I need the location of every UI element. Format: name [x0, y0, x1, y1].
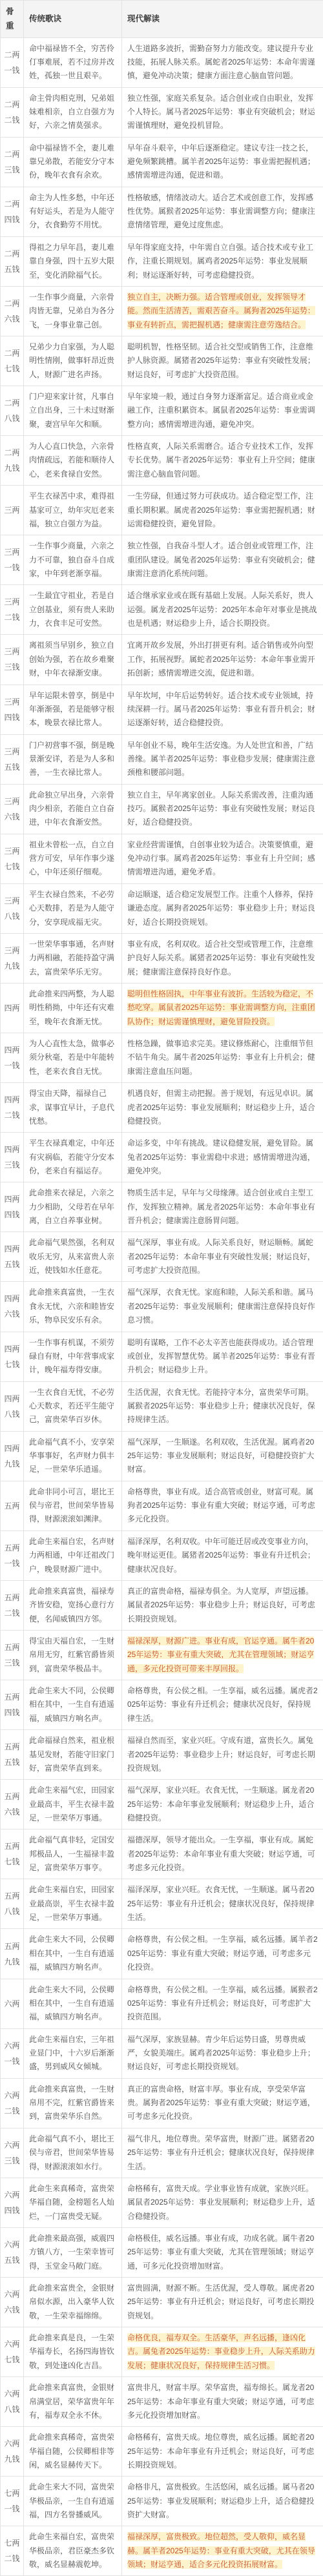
table-row: 三两七钱 祖业未曾松一点，自立自营方可安，早年作事少遂心，中年还须仔细观。 家业…: [1, 834, 323, 883]
traditional-verse-cell: 此命生来福自宏，三年祖业显门中，十六岁后渐渐盛，男到威风女倾城。: [24, 2028, 122, 2078]
table-row: 四两九钱 此命福气真不小，安享荣华事事好，名声财力俱丰足，一世荣华乐逍遥。 福气…: [1, 1431, 323, 1481]
modern-interpretation-text: 聪明有谋略，工作不必太辛苦也能获得成功。适合管理或创业，发挥智慧优势。属羊者20…: [127, 1338, 315, 1375]
table-row: 六两二钱 此命推来真富贵，一生财帛用不完，红紫官爵皆来到，富贵荣华乐自然。 真正…: [1, 2078, 323, 2128]
modern-interpretation-cell: 性格敏感，情绪波动大。适合艺术或创意工作，发挥感性优势。属猴者2025年运势：事…: [122, 187, 323, 236]
modern-interpretation-cell: 命格稀有，富贵天成。地位尊贵，威名远播。属蛇者2025年运势：本命年事业有升迁机…: [122, 2427, 323, 2477]
traditional-verse-cell: 为人心直口快急，六亲骨肉情疏远，若能和顺待人心，老来食禄自安然。: [24, 436, 122, 486]
bone-weight-cell: 六两九钱: [1, 2427, 24, 2477]
modern-interpretation-text: 家业经营需谨慎，自创事业较为适合。决策要慎重，避免冲动行事。属鸡者2025年运势…: [127, 840, 315, 877]
table-row: 五两 此命非同小可言，堪比王侯与帝君，世间荣华皆易得，财源滚滚如渊津。 命格尊贵…: [1, 1481, 323, 1530]
table-row: 五两七钱 此命福气真非轻，定国安邦极品人，一生福禄丰盈足，富贵荣华万事亨。 福德…: [1, 1829, 323, 1879]
traditional-verse-cell: 此命独立早出身，六亲骨肉少相亲，若能自立自奋进，中年衣食渐安然。: [24, 784, 122, 834]
traditional-verse-cell: 此命福气真非轻，定国安邦极品人，一生福禄丰盈足，富贵荣华万事亨。: [24, 1829, 122, 1879]
table-row: 五两五钱 此命福禄自然来，祖业根基见发财，若能守旧家门好，富贵荣华直到来。 福禄…: [1, 1730, 323, 1780]
table-row: 二两八钱 门户迎来家计贫，凡事自立自出身，三十未过财渐聚，妻宫早年欠和顺。 早年…: [1, 386, 323, 436]
modern-interpretation-cell: 早年创业不易，晚年生活安逸。为人处世宜和善，广结善缘。属羊者2025年运势：事业…: [122, 734, 323, 784]
bone-weight-cell: 四两八钱: [1, 1381, 24, 1431]
modern-interpretation-cell: 富贵非凡，财富丰厚。荣华富贵，福寿绵长。属龙者2025年运势：本命年事业有重大突…: [122, 2377, 323, 2427]
table-row: 二两九钱 为人心直口快急，六亲骨肉情疏远，若能和顺待人心，老来食禄自安然。 性格…: [1, 436, 323, 486]
modern-interpretation-cell: 独立性强，家庭关系复杂。适合创业或自由职业，发挥个人特长。属马者2025年运势：…: [122, 87, 323, 137]
bone-weight-cell: 五两三钱: [1, 1631, 24, 1680]
bone-weight-cell: 五两八钱: [1, 1879, 24, 1929]
traditional-verse-cell: 一世荣华事事通，名声财力两相融，若能持盈守满去，富贵荣华乐无穷。: [24, 933, 122, 983]
modern-interpretation-text: 聪明但性格固执，中年事业有波折。生活较为稳定，不愁吃穿。属鼠者2025年运势：事…: [127, 989, 315, 1026]
bone-weight-cell: 二两二钱: [1, 87, 24, 137]
modern-interpretation-cell: 福气深厚，一生顺遂。名利双收，生活优渥。属鸡者2025年运势：事业发展顺利；财运…: [122, 1431, 323, 1481]
modern-interpretation-cell: 独立自主，决断力强。适合管理或创业，发挥领导才能。然而生活清苦，需艰苦奋斗。属狗…: [122, 286, 323, 336]
modern-interpretation-cell: 宜离开故乡发展，外出打拼更有利。适合销售或外向型工作，拓展视野。属蛇者2025年…: [122, 635, 323, 685]
traditional-verse-cell: 一生衣食自无忧，不必劳心天数求，若还平生能守己，富贵荣华百岁休。: [24, 1381, 122, 1431]
table-row: 四两三钱 平生衣禄真难定，中年还有灾祸临，若能守分安本份，老来自有福运存。 命运…: [1, 1133, 323, 1182]
modern-interpretation-cell: 命格尊贵，有公侯之相。一生享福，威名远播。属虎者2025年运势：事业有升迁机会；…: [122, 1680, 323, 1730]
bone-weight-cell: 六两八钱: [1, 2377, 24, 2427]
modern-interpretation-text: 命格极佳，威名远播。事业有成，功成名就。属牛者2025年运势：事业有重大突破，尤…: [127, 2234, 314, 2271]
bone-weight-cell: 六两六钱: [1, 2278, 24, 2327]
table-row: 四两七钱 一生作事有机谋，不须劳碌自有财，中年营事成家计，晚年福寿得安康。 聪明…: [1, 1332, 323, 1381]
modern-interpretation-cell: 机遇良好，但需主动把握。善于规划，有远见卓识。属虎者2025年运势：事业发展顺利…: [122, 1083, 323, 1133]
table-row: 五两二钱 此命推来真富贵，福禄寿齐皆安稳，宽扬心意行方便，名闻威镇四方邻。 真正…: [1, 1580, 323, 1630]
traditional-verse-cell: 此命推来最高强，威震四方镇八方，一生荣幸皆可得，玉堂金马敞门庭。: [24, 2227, 122, 2277]
table-row: 三两六钱 此命独立早出身，六亲骨肉少相亲，若能自立自奋进，中年衣食渐安然。 独立…: [1, 784, 323, 834]
modern-interpretation-cell: 真正的富贵命格，财富丰厚。事业有成，享受荣华富贵。属狗者2025年运势：事业有重…: [122, 2078, 323, 2128]
table-row: 六两四钱 此命生来真稀奇，富贵荣华福自随，金榜题名人灿烂，一门富贵受无疑。 命格…: [1, 2178, 323, 2227]
modern-interpretation-text: 福泽深厚，名利双收。中年可能迁居或改变事业方向，晚年财运更佳。属猪者2025年运…: [127, 1537, 315, 1574]
bone-weight-cell: 四两一钱: [1, 1033, 24, 1083]
modern-interpretation-text: 真正的富贵命格，福禄寿俱全。为人宽厚，声望远播。属鼠者2025年运势：事业稳步上…: [127, 1587, 315, 1623]
bone-weight-cell: 二两三钱: [1, 137, 24, 187]
bone-weight-cell: 二两九钱: [1, 436, 24, 486]
bone-weight-cell: 六两三钱: [1, 2128, 24, 2178]
table-row: 六两七钱 此命推来真是良，一生荣华福寿长，名扬四海皆钦敬，到处逢凶化吉昌。 命格…: [1, 2327, 323, 2377]
bone-weight-cell: 三两三钱: [1, 635, 24, 685]
table-row: 三两 平生衣禄苦中求，难得祖基家可立，幼年灾厄老来福，独立自强方为益。 一生劳碌…: [1, 486, 323, 535]
modern-interpretation-text: 福气深厚，家业兴旺。衣食无忧，一生顺遂。属龙者2025年运势：本命年事业发展顺利…: [127, 1786, 314, 1822]
bone-weight-cell: 三两: [1, 486, 24, 535]
traditional-verse-cell: 此命生来福气宏，田园家业最高丰，平生衣禄丰盈足，一世荣华万事通。: [24, 1780, 122, 1829]
table-row: 三两一钱 一生作事少商量，六亲之力不可靠，独自奋斗自成家，中年到老渐享福。 独立…: [1, 535, 323, 585]
table-row: 二两二钱 命主骨肉相克刑，兄弟姐妹难相亲，自立自强方为好，六亲之情莫强求。 独立…: [1, 87, 323, 137]
modern-interpretation-text: 福气深厚，衣食无忧。家庭和睦，人际关系和谐。属马者2025年运势：事业发展顺利；…: [127, 1288, 315, 1324]
modern-interpretation-text: 性格直爽，人际关系需磨合。适合专业技术工作，发挥专长优势。属牛者2025年运势：…: [127, 442, 315, 479]
bone-weight-cell: 二两四钱: [1, 187, 24, 236]
traditional-verse-cell: 离祖须当早别乡，独立自创始为强，若在故乡难聚财，中年衣禄渐安康。: [24, 635, 122, 685]
table-row: 五两四钱 此命生来大不同，公侯卿相在其中，一生自有逍遥福，威镇四方响名声。 命格…: [1, 1680, 323, 1730]
traditional-verse-cell: 门户初营事不强，倒是晚景渐安详，若是为人多和善，一生衣禄比常人。: [24, 734, 122, 784]
bone-weight-cell: 二两一钱: [1, 37, 24, 87]
table-row: 四两四钱 此命推来衣禄足，六亲之力少相助，父母若在早年离，自立自养事业树。 物质…: [1, 1182, 323, 1232]
table-row: 六两三钱 此命福气真不小，堪比王侯与帝君，世间荣华皆易得，财源滚滚如水行。 福气…: [1, 2128, 323, 2178]
table-row: 六两八钱 此命推来真富贵，金银财帛满堂居，荣华富贵年年有，福寿双全永不休。 富贵…: [1, 2377, 323, 2427]
traditional-verse-cell: 此命生来福自宏，名声财力两相通，中年迁祖改门户，晚景财源广进中。: [24, 1530, 122, 1580]
table-row: 四两一钱 为人心直性太急，做事必须分秋毫，若是中年能转性，老来衣食自无忧。 性格…: [1, 1033, 323, 1083]
modern-interpretation-cell: 命格稀有，富贵天成。学业事业皆有成就，家族兴旺。属鼠者2025年运势：事业发展顺…: [122, 2178, 323, 2227]
traditional-verse-cell: 祖业未曾松一点，自立自营方可安，早年作事少遂心，中年还须仔细观。: [24, 834, 122, 883]
traditional-verse-cell: 命主骨肉相克刑，兄弟姐妹难相亲，自立自强方为好，六亲之情莫强求。: [24, 87, 122, 137]
modern-interpretation-cell: 命格非凡，富贵极致。生活悠闲，威名远播。属马者2025年运势：事业发展顺利；财运…: [122, 2477, 323, 2526]
modern-interpretation-cell: 福气深厚，衣食无忧。家庭和睦，人际关系和谐。属马者2025年运势：事业发展顺利；…: [122, 1282, 323, 1332]
modern-interpretation-cell: 聪明有谋略，工作不必太辛苦也能获得成功。适合管理或创业，发挥智慧优势。属羊者20…: [122, 1332, 323, 1381]
bone-weight-cell: 三两七钱: [1, 834, 24, 883]
table-row: 三两四钱 早年运限未曾享，倒是中年渐渐强，若是能够守根本，晚景衣禄比常人。 早年…: [1, 685, 323, 734]
bone-weight-cell: 四两九钱: [1, 1431, 24, 1481]
table-row: 三两九钱 一世荣华事事通，名声财力两相融，若能持盈守满去，富贵荣华乐无穷。 事业…: [1, 933, 323, 983]
modern-interpretation-cell: 命运顺遂，适合稳定发展型工作。注重个人修养，保持谦逊态度。属狗者2025年运势：…: [122, 883, 323, 933]
modern-interpretation-text: 命格稀有，富贵天成。学业事业皆有成就，家族兴旺。属鼠者2025年运势：事业发展顺…: [127, 2184, 315, 2221]
traditional-verse-cell: 此命生来大不同，公侯卿相在其中，一生自有逍遥福，威镇四方响名声。: [24, 1680, 122, 1730]
modern-interpretation-cell: 福泽深厚，家业兴旺。衣食无忧，一生顺遂。属马者2025年运势：事业有升迁机会；健…: [122, 1879, 323, 1929]
bone-weight-cell: 三两九钱: [1, 933, 24, 983]
bone-weight-cell: 五两一钱: [1, 1530, 24, 1580]
modern-interpretation-text: 独立自主，决断力强。适合管理或创业，发挥领导才能。然而生活清苦，需艰苦奋斗。属狗…: [127, 293, 315, 329]
traditional-verse-cell: 平生衣禄苦中求，难得祖基家可立，幼年灾厄老来福，独立自强方为益。: [24, 486, 122, 535]
modern-interpretation-text: 命格尊贵，有公侯之相。一生享福，威名远播。属猴者2025年运势：事业有升迁机会；…: [127, 1985, 318, 2022]
table-body: 二两一钱 命中福禄皆不全，穷苦伶仃事难展，若不过房并改姓，孤独一世且艰辛。 人生…: [1, 37, 323, 2576]
bone-weight-cell: 四两六钱: [1, 1282, 24, 1332]
modern-interpretation-cell: 性格急躁，做事追求完美。建议修炼耐心，注重细节但不钻牛角尖。属牛者2025年运势…: [122, 1033, 323, 1083]
modern-interpretation-cell: 命运多变，中年有挑战。建议稳健发展，避免冒险。属兔者2025年运势：事业需稳中求…: [122, 1133, 323, 1182]
modern-interpretation-cell: 福德深厚，领导才能出众。一生享福，事业有成。属蛇者2025年运势：本命年事业有重…: [122, 1829, 323, 1879]
table-row: 四两二钱 得宝由天降，福禄自己求，谋事宜早计，子息代忧愁。 机遇良好，但需主动把…: [1, 1083, 323, 1133]
modern-interpretation-cell: 一生劳碌，但通过努力可获成功。适合稳定型工作，注重长期积累。属虎者2025年运势…: [122, 486, 323, 535]
traditional-verse-cell: 此命推来真富贵，福禄寿齐皆安稳，宽扬心意行方便，名闻威镇四方邻。: [24, 1580, 122, 1630]
modern-interpretation-text: 早年创业不易，晚年生活安逸。为人处世宜和善，广结善缘。属羊者2025年运势：事业…: [127, 741, 315, 778]
modern-interpretation-cell: 性格直爽，人际关系需磨合。适合专业技术工作，发挥专长优势。属牛者2025年运势：…: [122, 436, 323, 486]
modern-interpretation-text: 一生劳碌，但通过努力可获成功。适合稳定型工作，注重长期积累。属虎者2025年运势…: [127, 491, 315, 528]
table-row: 二两四钱 命主为人性多愁，中年还有好运头，若是为人能守分，衣食勤劳不用忧。 性格…: [1, 187, 323, 236]
modern-interpretation-text: 人生道路多波折，需勤奋努力方能改变。建议提升专业技能，拓展人脉关系。属蛇者202…: [127, 44, 315, 81]
modern-interpretation-text: 福气深厚，家族显赫。青少年后运势日盛，男尊贵威严，女貌美端庄。属鸡者2025年运…: [127, 2035, 315, 2072]
traditional-verse-cell: 此命推来四两整，为人聪明性稍拗，中年还有灾难至，晚年衣食渐无忧。: [24, 983, 122, 1033]
traditional-verse-cell: 一生作事少商量，六亲骨肉皆无靠，兄弟自为各分飞，一身事业靠己创。: [24, 286, 122, 336]
traditional-verse-cell: 平生衣禄自然来，不必劳心天数排，若是为人能守分，安享现成福无灾。: [24, 883, 122, 933]
traditional-verse-cell: 兄弟少力自家强，为人聪明性情刚，做事轩昂近贵人，财源广进名声扬。: [24, 336, 122, 386]
modern-interpretation-text: 早年坎坷，中年后运势转好。适合技术或专业领域，持续深耕一行。属马者2025年运势…: [127, 691, 315, 728]
modern-interpretation-text: 命格稀有，富贵天成。地位尊贵，威名远播。属蛇者2025年运势：本命年事业有升迁机…: [127, 2433, 314, 2469]
modern-interpretation-cell: 适合继承家业或在既有基础上发展。人际关系好，贵人运强。属龙者2025年运势：20…: [122, 585, 323, 635]
modern-interpretation-cell: 命格尊贵，有公侯之相。一生享福，威名远播。属猴者2025年运势：事业有升迁机会；…: [122, 1979, 323, 2028]
modern-interpretation-text: 命格尊贵，有公侯之相。一生享福，威名远播。属羊者2025年运势：事业有重大突破；…: [127, 1935, 318, 1972]
modern-interpretation-cell: 聪明但性格固执，中年事业有波折。生活较为稳定，不愁吃穿。属鼠者2025年运势：事…: [122, 983, 323, 1033]
table-header-row: 骨重 传统歌诀 现代解读: [1, 1, 323, 38]
table-row: 六两九钱 此命推来真稀奇，富贵荣华福自随，公侯卿相非等闲，威名显赫传天下。 命格…: [1, 2427, 323, 2477]
traditional-verse-cell: 此命推来富贵全，金银财帛似水源，出入豪华人钦敬，一生荣幸福绵绵。: [24, 2278, 122, 2327]
modern-interpretation-cell: 福禄自然而至，家业兴旺。守成有道，富贵长久。属兔者2025年运势：事业稳步上升；…: [122, 1730, 323, 1780]
modern-interpretation-cell: 早年坎坷，中年后运势转好。适合技术或专业领域，持续深耕一行。属马者2025年运势…: [122, 685, 323, 734]
traditional-verse-cell: 命中福禄皆不全，穷苦伶仃事难展，若不过房并改姓，孤独一世且艰辛。: [24, 37, 122, 87]
modern-interpretation-cell: 物质生活丰足，早年与父母缘薄。适合创业或自主型工作，发挥独立精神。属龙者2025…: [122, 1182, 323, 1232]
modern-interpretation-cell: 福气深厚，家族显赫。青少年后运势日盛，男尊贵威严，女貌美端庄。属鸡者2025年运…: [122, 2028, 323, 2078]
header-bone-weight: 骨重: [1, 1, 24, 38]
table-row: 七两二钱 此命生来福自宏，富贵荣华极品亲，君臣豪杰多钦敬，威名显赫震乾坤。 福禄…: [1, 2526, 323, 2576]
traditional-verse-cell: 此命非同小可言，堪比王侯与帝君，世间荣华皆易得，财源滚滚如渊津。: [24, 1481, 122, 1530]
bone-weight-cell: 五两六钱: [1, 1780, 24, 1829]
modern-interpretation-text: 命运多变，中年有挑战。建议稳健发展，避免冒险。属兔者2025年运势：事业需稳中求…: [127, 1139, 315, 1175]
modern-interpretation-text: 富贵圆满，财源不断。生活优渥，受人尊敬。属虎者2025年运势：事业有升迁机会；财…: [127, 2283, 314, 2320]
bone-weight-cell: 七两二钱: [1, 2526, 24, 2576]
modern-interpretation-cell: 福禄深厚，富贵极致。地位超然，受人敬仰，威名显赫。属羊者2025年运势：事业有重…: [122, 2526, 323, 2576]
modern-interpretation-text: 命格非凡，富贵极致。生活悠闲，威名远播。属马者2025年运势：事业发展顺利；财运…: [127, 2482, 314, 2519]
bone-weight-cell: 六两二钱: [1, 2078, 24, 2128]
modern-interpretation-text: 命格尊贵，事业有成。适合高管或创业，财富可观。属狗者2025年运势：事业有重大突…: [127, 1487, 315, 1524]
traditional-verse-cell: 此命推来真富贵，一生衣食永无忧，六亲和睦皆安乐，物阜民安乐有余。: [24, 1282, 122, 1332]
table-row: 六两一钱 此命生来福自宏，三年祖业显门中，十六岁后渐渐盛，男到威风女倾城。 福气…: [1, 2028, 323, 2078]
traditional-verse-cell: 命主为人性多愁，中年还有好运头，若是为人能守分，衣食勤劳不用忧。: [24, 187, 122, 236]
bone-weight-cell: 五两二钱: [1, 1580, 24, 1630]
modern-interpretation-cell: 福气深厚，家业兴旺。衣食无忧，一生顺遂。属龙者2025年运势：本命年事业发展顺利…: [122, 1780, 323, 1829]
table-row: 二两三钱 命中福禄皆不全，妻儿难靠兄弟散，若能安分守本份，晚年衣食有余欢。 早年…: [1, 137, 323, 187]
modern-interpretation-cell: 富贵圆满，财源不断。生活优渥，受人尊敬。属虎者2025年运势：事业有升迁机会；财…: [122, 2278, 323, 2327]
traditional-verse-cell: 早年运限未曾享，倒是中年渐渐强，若是能够守根本，晚景衣禄比常人。: [24, 685, 122, 734]
bone-weight-cell: 四两三钱: [1, 1133, 24, 1182]
bone-weight-cell: 四两五钱: [1, 1232, 24, 1282]
table-row: 四两六钱 此命推来真富贵，一生衣食永无忧，六亲和睦皆安乐，物阜民安乐有余。 福气…: [1, 1282, 323, 1332]
modern-interpretation-cell: 命格优良，福寿双全。生活豪华，声名远播，逢凶化吉。属兔者2025年运势：事业稳步…: [122, 2327, 323, 2377]
table-row: 五两八钱 此命生来福自宏，田园家业最高崇，平生衣禄丰盈足，一世荣华万事通。 福泽…: [1, 1879, 323, 1929]
header-modern-interpretation: 现代解读: [122, 1, 323, 38]
modern-interpretation-cell: 人生道路多波折，需勤奋努力方能改变。建议提升专业技能，拓展人脉关系。属蛇者202…: [122, 37, 323, 87]
traditional-verse-cell: 此命福气真不小，堪比王侯与帝君，世间荣华皆易得，财源滚滚如水行。: [24, 2128, 122, 2178]
modern-interpretation-cell: 福气非凡，地位尊贵。荣华富贵，财源广进。属猪者2025年运势：事业有升迁机会；健…: [122, 2128, 323, 2178]
modern-interpretation-cell: 独立性强，自我奋斗型人才。适合创业或管理工作，注重团队建设。属兔者2025年运势…: [122, 535, 323, 585]
modern-interpretation-text: 富贵非凡，财富丰厚。荣华富贵，福寿绵长。属龙者2025年运势：本命年事业有重大突…: [127, 2383, 314, 2420]
bone-weight-cell: 二两八钱: [1, 386, 24, 436]
modern-interpretation-text: 福禄自然而至，家业兴旺。守成有道，富贵长久。属兔者2025年运势：事业稳步上升；…: [127, 1736, 315, 1773]
table-row: 四两八钱 一生衣食自无忧，不必劳心天数求，若还平生能守己，富贵荣华百岁休。 生活…: [1, 1381, 323, 1431]
modern-interpretation-cell: 真正的富贵命格，福禄寿俱全。为人宽厚，声望远播。属鼠者2025年运势：事业稳步上…: [122, 1580, 323, 1630]
modern-interpretation-text: 性格敏感，情绪波动大。适合艺术或创意工作，发挥感性优势。属猴者2025年运势：事…: [127, 193, 315, 230]
traditional-verse-cell: 一生最宜守祖业，若是自立创基业，须有贵人来助力，衣食丰足可安然。: [24, 585, 122, 635]
modern-interpretation-text: 福禄深厚，富贵极致。地位超然，受人敬仰，威名显赫。属羊者2025年运势：事业有重…: [127, 2532, 315, 2569]
modern-interpretation-cell: 福气深厚，事业有成。人际关系良好，财运顺畅。属蛇者2025年运势：本命年事业有突…: [122, 1232, 323, 1282]
table-row: 二两五钱 得祖之力早年昌，妻儿难靠自身强，四十五岁大限至，变化消除福气长。 早年…: [1, 236, 323, 286]
traditional-verse-cell: 此命生来大不同，富贵荣华极品亲，一生自有逍遥福，四方名誉播威风。: [24, 2477, 122, 2526]
modern-interpretation-cell: 聪明机智，性格坚韧。适合社交型或销售工作，注意维护人脉资源。属猪者2025年运势…: [122, 336, 323, 386]
table-row: 五两九钱 此命生来大不同，公侯卿相在其中，一生自有逍遥福，威镇四方响名声。 命格…: [1, 1929, 323, 1979]
modern-interpretation-cell: 早年家境一般，通过自身努力逐渐富足。适合商业或金融工作，注重积累资本。属鼠者20…: [122, 386, 323, 436]
traditional-verse-cell: 此命推来真是良，一生荣华福寿长，名扬四海皆钦敬，到处逢凶化吉昌。: [24, 2327, 122, 2377]
traditional-verse-cell: 此命生来福自宏，富贵荣华极品亲，君臣豪杰多钦敬，威名显赫震乾坤。: [24, 2526, 122, 2576]
modern-interpretation-text: 福禄深厚，财源广进。事业有成，官运亨通。属牛者2025年运势：事业有重大突破，尤…: [127, 1636, 314, 1673]
modern-interpretation-cell: 事业有成，名利双收。适合社交型或管理工作，注意维护良好人际关系。属猪者2025年…: [122, 933, 323, 983]
modern-interpretation-text: 独立性强，自我奋斗型人才。适合创业或管理工作，注重团队建设。属兔者2025年运势…: [127, 541, 315, 578]
table-row: 二两七钱 兄弟少力自家强，为人聪明性情刚，做事轩昂近贵人，财源广进名声扬。 聪明…: [1, 336, 323, 386]
modern-interpretation-cell: 早年得家庭支持，中年需自立自强。适合技术或专业工作，注重长期规划。属鸡者2025…: [122, 236, 323, 286]
bone-weight-cell: 四两: [1, 983, 24, 1033]
traditional-verse-cell: 此命福气真不小，安享荣华事事好，名声财力俱丰足，一世荣华乐逍遥。: [24, 1431, 122, 1481]
table-row: 三两八钱 平生衣禄自然来，不必劳心天数排，若是为人能守分，安享现成福无灾。 命运…: [1, 883, 323, 933]
bone-weight-cell: 二两七钱: [1, 336, 24, 386]
bone-weight-cell: 五两: [1, 1481, 24, 1530]
modern-interpretation-text: 宜离开故乡发展，外出打拼更有利。适合销售或外向型工作，拓展视野。属蛇者2025年…: [127, 641, 315, 677]
modern-interpretation-text: 早年家境一般，通过自身努力逐渐富足。适合商业或金融工作，注重积累资本。属鼠者20…: [127, 392, 315, 429]
modern-interpretation-text: 福德深厚，领导才能出众。一生享福，事业有成。属蛇者2025年运势：本命年事业有重…: [127, 1835, 315, 1872]
table-row: 二两六钱 一生作事少商量，六亲骨肉皆无靠，兄弟自为各分飞，一身事业靠己创。 独立…: [1, 286, 323, 336]
bone-weight-cell: 五两五钱: [1, 1730, 24, 1780]
bone-weight-cell: 四两七钱: [1, 1332, 24, 1381]
bone-weight-cell: 四两四钱: [1, 1182, 24, 1232]
modern-interpretation-cell: 福禄深厚，财源广进。事业有成，官运亨通。属牛者2025年运势：事业有重大突破，尤…: [122, 1631, 323, 1680]
bone-weight-cell: 五两四钱: [1, 1680, 24, 1730]
table-row: 五两六钱 此命生来福气宏，田园家业最高丰，平生衣禄丰盈足，一世荣华万事通。 福气…: [1, 1780, 323, 1829]
traditional-verse-cell: 为人心直性太急，做事必须分秋毫，若是中年能转性，老来衣食自无忧。: [24, 1033, 122, 1083]
table-row: 二两一钱 命中福禄皆不全，穷苦伶仃事难展，若不过房并改姓，孤独一世且艰辛。 人生…: [1, 37, 323, 87]
bone-weight-cell: 六两: [1, 1979, 24, 2028]
bone-weight-cell: 二两六钱: [1, 286, 24, 336]
modern-interpretation-text: 命格优良，福寿双全。生活豪华，声名远播，逢凶化吉。属兔者2025年运势：事业稳步…: [127, 2333, 315, 2370]
traditional-verse-cell: 一生作事有机谋，不须劳碌自有财，中年营事成家计，晚年福寿得安康。: [24, 1332, 122, 1381]
bone-weight-cell: 三两四钱: [1, 685, 24, 734]
traditional-verse-cell: 命中福禄皆不全，妻儿难靠兄弟散，若能安分守本份，晚年衣食有余欢。: [24, 137, 122, 187]
modern-interpretation-cell: 生活优渥，衣食无忧。若能持守本分，富贵荣华可期。属猴者2025年运势：事业稳步上…: [122, 1381, 323, 1431]
bone-weight-cell: 二两五钱: [1, 236, 24, 286]
bone-weight-cell: 六两四钱: [1, 2178, 24, 2227]
modern-interpretation-text: 物质生活丰足，早年与父母缘薄。适合创业或自主型工作，发挥独立精神。属龙者2025…: [127, 1188, 315, 1225]
traditional-verse-cell: 此命推来真富贵，一生财帛用不完，红紫官爵皆来到，富贵荣华乐自然。: [24, 2078, 122, 2128]
modern-interpretation-cell: 命格极佳，威名远播。事业有成，功成名就。属牛者2025年运势：事业有重大突破，尤…: [122, 2227, 323, 2277]
bone-weight-cell: 三两五钱: [1, 734, 24, 784]
bone-weight-cell: 三两六钱: [1, 784, 24, 834]
table-row: 三两五钱 门户初营事不强，倒是晚景渐安详，若是为人多和善，一生衣禄比常人。 早年…: [1, 734, 323, 784]
table-row: 五两一钱 此命生来福自宏，名声财力两相通，中年迁祖改门户，晚景财源广进中。 福泽…: [1, 1530, 323, 1580]
modern-interpretation-text: 真正的富贵命格，财富丰厚。事业有成，享受荣华富贵。属狗者2025年运势：事业有重…: [127, 2085, 315, 2121]
modern-interpretation-text: 命格尊贵，有公侯之相。一生享福，威名远播。属虎者2025年运势：事业有升迁机会；…: [127, 1686, 318, 1723]
modern-interpretation-text: 福气深厚，事业有成。人际关系良好，财运顺畅。属蛇者2025年运势：本命年事业有突…: [127, 1238, 315, 1275]
traditional-verse-cell: 得宝由天降，福禄自己求，谋事宜早计，子息代忧愁。: [24, 1083, 122, 1133]
bone-weight-cell: 五两七钱: [1, 1829, 24, 1879]
table-row: 七两一钱 此命生来大不同，富贵荣华极品亲，一生自有逍遥福，四方名誉播威风。 命格…: [1, 2477, 323, 2526]
bone-weight-cell: 三两一钱: [1, 535, 24, 585]
modern-interpretation-text: 独立自主，早年离家创业。人际关系需改善，注重沟通技巧。属猴者2025年运势：事业…: [127, 790, 315, 827]
traditional-verse-cell: 此命推来真稀奇，富贵荣华福自随，公侯卿相非等闲，威名显赫传天下。: [24, 2427, 122, 2477]
bone-weight-fortune-table: 骨重 传统歌诀 现代解读 二两一钱 命中福禄皆不全，穷苦伶仃事难展，若不过房并改…: [0, 0, 323, 2576]
modern-interpretation-cell: 家业经营需谨慎，自创事业较为适合。决策要慎重，避免冲动行事。属鸡者2025年运势…: [122, 834, 323, 883]
traditional-verse-cell: 得宝由天福自宏，一生财帛用无穷，红紫官爵皆须到，富贵荣华极品丰。: [24, 1631, 122, 1680]
traditional-verse-cell: 此命福气果然强，名利双收乐无穷，从来富贵人亲近，使钱如水任意花。: [24, 1232, 122, 1282]
table-row: 四两五钱 此命福气果然强，名利双收乐无穷，从来富贵人亲近，使钱如水任意花。 福气…: [1, 1232, 323, 1282]
modern-interpretation-text: 事业有成，名利双收。适合社交型或管理工作，注意维护良好人际关系。属猪者2025年…: [127, 940, 315, 976]
bone-weight-cell: 七两一钱: [1, 2477, 24, 2526]
modern-interpretation-text: 福气非凡，地位尊贵。荣华富贵，财源广进。属猪者2025年运势：事业有升迁机会；健…: [127, 2134, 314, 2171]
table-row: 六两六钱 此命推来富贵全，金银财帛似水源，出入豪华人钦敬，一生荣幸福绵绵。 富贵…: [1, 2278, 323, 2327]
modern-interpretation-text: 福泽深厚，家业兴旺。衣食无忧，一生顺遂。属马者2025年运势：事业有升迁机会；健…: [127, 1885, 314, 1922]
modern-interpretation-cell: 命格尊贵，有公侯之相。一生享福，威名远播。属羊者2025年运势：事业有重大突破；…: [122, 1929, 323, 1979]
traditional-verse-cell: 此命生来福自宏，田园家业最高崇，平生衣禄丰盈足，一世荣华万事通。: [24, 1879, 122, 1929]
traditional-verse-cell: 此命福禄自然来，祖业根基见发财，若能守旧家门好，富贵荣华直到来。: [24, 1730, 122, 1780]
traditional-verse-cell: 得祖之力早年昌，妻儿难靠自身强，四十五岁大限至，变化消除福气长。: [24, 236, 122, 286]
table-row: 六两 此命生来大不同，公侯卿相在其中，一生自有逍遥福，威镇四方响名声。 命格尊贵…: [1, 1979, 323, 2028]
modern-interpretation-text: 早年得家庭支持，中年需自立自强。适合技术或专业工作，注重长期规划。属鸡者2025…: [127, 243, 313, 280]
table-row: 三两三钱 离祖须当早别乡，独立自创始为强，若在故乡难聚财，中年衣禄渐安康。 宜离…: [1, 635, 323, 685]
bone-weight-cell: 五两九钱: [1, 1929, 24, 1979]
modern-interpretation-text: 命运顺遂，适合稳定发展型工作。注重个人修养，保持谦逊态度。属狗者2025年运势：…: [127, 890, 315, 927]
bone-weight-cell: 三两八钱: [1, 883, 24, 933]
traditional-verse-cell: 一生作事少商量，六亲之力不可靠，独自奋斗自成家，中年到老渐享福。: [24, 535, 122, 585]
bone-weight-cell: 六两七钱: [1, 2327, 24, 2377]
modern-interpretation-text: 生活优渥，衣食无忧。若能持守本分，富贵荣华可期。属猴者2025年运势：事业稳步上…: [127, 1388, 315, 1425]
modern-interpretation-cell: 独立自主，早年离家创业。人际关系需改善，注重沟通技巧。属猴者2025年运势：事业…: [122, 784, 323, 834]
modern-interpretation-text: 聪明机智，性格坚韧。适合社交型或销售工作，注意维护人脉资源。属猪者2025年运势…: [127, 342, 315, 379]
bone-weight-cell: 三两二钱: [1, 585, 24, 635]
traditional-verse-cell: 此命生来真稀奇，富贵荣华福自随，金榜题名人灿烂，一门富贵受无疑。: [24, 2178, 122, 2227]
modern-interpretation-text: 适合继承家业或在既有基础上发展。人际关系好，贵人运强。属龙者2025年运势：20…: [127, 591, 317, 628]
modern-interpretation-text: 福气深厚，一生顺遂。名利双收，生活优渥。属鸡者2025年运势：事业发展顺利；财运…: [127, 1437, 314, 1474]
traditional-verse-cell: 门户迎来家计贫，凡事自立自出身，三十未过财渐聚，妻宫早年欠和顺。: [24, 386, 122, 436]
modern-interpretation-text: 性格急躁，做事追求完美。建议修炼耐心，注重细节但不钻牛角尖。属牛者2025年运势…: [127, 1039, 315, 1076]
bone-weight-cell: 六两五钱: [1, 2227, 24, 2277]
bone-weight-cell: 四两二钱: [1, 1083, 24, 1133]
modern-interpretation-text: 机遇良好，但需主动把握。善于规划，有远见卓识。属虎者2025年运势：事业发展顺利…: [127, 1089, 315, 1126]
traditional-verse-cell: 此命推来衣禄足，六亲之力少相助，父母若在早年离，自立自养事业树。: [24, 1182, 122, 1232]
traditional-verse-cell: 此命推来真富贵，金银财帛满堂居，荣华富贵年年有，福寿双全永不休。: [24, 2377, 122, 2427]
header-traditional-verse: 传统歌诀: [24, 1, 122, 38]
table-row: 三两二钱 一生最宜守祖业，若是自立创基业，须有贵人来助力，衣食丰足可安然。 适合…: [1, 585, 323, 635]
modern-interpretation-text: 早年奋斗艰辛，中年后逐渐稳定。建议专注一技之长，避免频繁跳槽。属羊者2025年运…: [127, 143, 315, 180]
modern-interpretation-cell: 命格尊贵，事业有成。适合高管或创业，财富可观。属狗者2025年运势：事业有重大突…: [122, 1481, 323, 1530]
traditional-verse-cell: 平生衣禄真难定，中年还有灾祸临，若能守分安本份，老来自有福运存。: [24, 1133, 122, 1182]
table-row: 四两 此命推来四两整，为人聪明性稍拗，中年还有灾难至，晚年衣食渐无忧。 聪明但性…: [1, 983, 323, 1033]
modern-interpretation-cell: 早年奋斗艰辛，中年后逐渐稳定。建议专注一技之长，避免频繁跳槽。属羊者2025年运…: [122, 137, 323, 187]
bone-weight-cell: 六两一钱: [1, 2028, 24, 2078]
traditional-verse-cell: 此命生来大不同，公侯卿相在其中，一生自有逍遥福，威镇四方响名声。: [24, 1979, 122, 2028]
table-row: 五两三钱 得宝由天福自宏，一生财帛用无穷，红紫官爵皆须到，富贵荣华极品丰。 福禄…: [1, 1631, 323, 1680]
table-row: 六两五钱 此命推来最高强，威震四方镇八方，一生荣幸皆可得，玉堂金马敞门庭。 命格…: [1, 2227, 323, 2277]
modern-interpretation-text: 独立性强，家庭关系复杂。适合创业或自由职业，发挥个人特长。属马者2025年运势：…: [127, 94, 315, 130]
traditional-verse-cell: 此命生来大不同，公侯卿相在其中，一生自有逍遥福，威镇四方响名声。: [24, 1929, 122, 1979]
modern-interpretation-cell: 福泽深厚，名利双收。中年可能迁居或改变事业方向，晚年财运更佳。属猪者2025年运…: [122, 1530, 323, 1580]
